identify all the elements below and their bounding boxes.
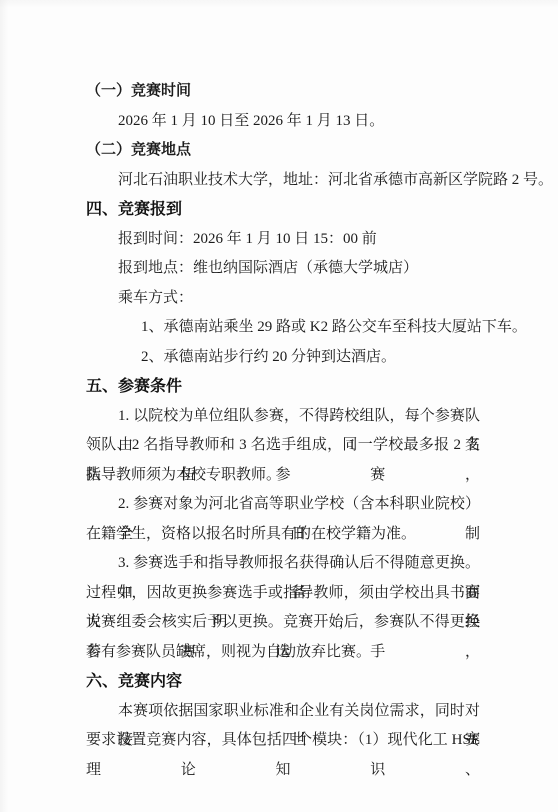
- doc-line: 1. 以院校为单位组队参赛，不得跨校组队，每个参赛队由 1 名: [86, 402, 480, 432]
- doc-line: 2026 年 1 月 10 日至 2026 年 1 月 13 日。: [86, 107, 480, 137]
- doc-line: 报到地点：维也纳国际酒店（承德大学城店）: [86, 254, 480, 284]
- doc-line: 2. 参赛对象为河北省高等职业学校（含本科职业院校）全日制: [86, 490, 480, 520]
- doc-line: 1、承德南站乘坐 29 路或 K2 路公交车至科技大厦站下车。: [86, 313, 480, 343]
- doc-line: 河北石油职业技术大学，地址：河北省承德市高新区学院路 2 号。: [86, 166, 480, 196]
- doc-line: （一）竞赛时间: [86, 77, 480, 107]
- doc-line: 大赛组委会核实后予以更换。竞赛开始后，参赛队不得更换参赛选手，: [86, 608, 480, 638]
- doc-line: 领队、2 名指导教师和 3 名选手组成，同一学校最多报 2 支队伍参赛，: [86, 431, 480, 461]
- doc-line: 要求设置竞赛内容，具体包括四个模块：（1）现代化工 HSE 理论知识、: [86, 726, 480, 756]
- doc-line: 四、竞赛报到: [86, 195, 480, 225]
- document-body: （一）竞赛时间2026 年 1 月 10 日至 2026 年 1 月 13 日。…: [86, 77, 480, 756]
- doc-line: 报到时间：2026 年 1 月 10 日 15：00 前: [86, 225, 480, 255]
- doc-line: 乘车方式：: [86, 284, 480, 314]
- doc-line: 本赛项依据国家职业标准和企业有关岗位需求，同时对接世赛: [86, 697, 480, 727]
- doc-line: 2、承德南站步行约 20 分钟到达酒店。: [86, 343, 480, 373]
- doc-line: 五、参赛条件: [86, 372, 480, 402]
- doc-line: 3. 参赛选手和指导教师报名获得确认后不得随意更换。如备赛: [86, 549, 480, 579]
- document-page: （一）竞赛时间2026 年 1 月 10 日至 2026 年 1 月 13 日。…: [0, 0, 558, 812]
- doc-line: 六、竞赛内容: [86, 667, 480, 697]
- doc-line: 过程中，因故更换参赛选手或指导教师，须由学校出具书面说明，经: [86, 579, 480, 609]
- doc-line: （二）竞赛地点: [86, 136, 480, 166]
